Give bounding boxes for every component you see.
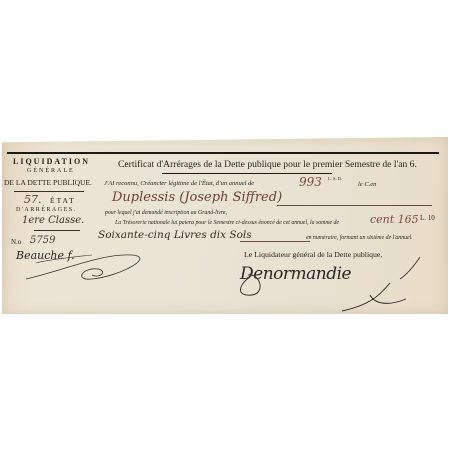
annual-amount: 993 — [299, 175, 322, 189]
currency-units: L. S. D. — [328, 176, 342, 181]
etat-sub: D'ARRÉRAGES. — [16, 207, 77, 213]
recognition-text: J'AI reconnu, Créancier légitime de l'Ét… — [104, 180, 254, 187]
citizen-label: le C.en — [358, 181, 376, 188]
liquidator-signature-flourish — [230, 255, 430, 315]
etat-label: ÉTAT — [50, 196, 76, 205]
recognition-line: J'AI reconnu, Créancier légitime de l'Ét… — [104, 180, 254, 187]
etat-number: 57. — [24, 193, 42, 206]
creditor-name: Duplessis (Joseph Siffred) — [112, 190, 282, 205]
heading-liquidation: LIQUIDATION — [13, 157, 90, 166]
sum-units: L. 10 — [420, 214, 435, 222]
sum-words-line — [240, 241, 310, 242]
heading-generale: GÉNÉRALE — [27, 168, 75, 174]
left-signature-flourish — [22, 245, 142, 290]
grand-livre-line: pour lequel j'ai demandé inscription au … — [105, 210, 227, 216]
top-rule — [7, 152, 439, 154]
title-underline — [162, 173, 332, 174]
certificate-title: Certificat d'Arrérages de la Dette publi… — [118, 159, 417, 170]
classe-underline — [34, 230, 80, 231]
left-divider — [14, 191, 84, 192]
numeraire-line: en numéraire, formant un sixième de l'an… — [306, 235, 413, 241]
number-label: N.o — [11, 238, 21, 246]
certificate-document: LIQUIDATION GÉNÉRALE DE LA DETTE PUBLIQU… — [2, 137, 448, 314]
sum-handwritten: cent 165 — [370, 213, 419, 226]
creditor-line — [277, 205, 432, 206]
classe-text: 1ere Classe. — [22, 215, 84, 226]
sum-in-words: Soixante-cinq Livres dix Sols — [98, 229, 252, 241]
heading-dette-publique: DE LA DETTE PUBLIQUE. — [4, 178, 92, 187]
number-label-text: N.o — [11, 238, 21, 246]
treasury-line: La Trésorerie nationale lui paiera pour … — [115, 220, 339, 226]
